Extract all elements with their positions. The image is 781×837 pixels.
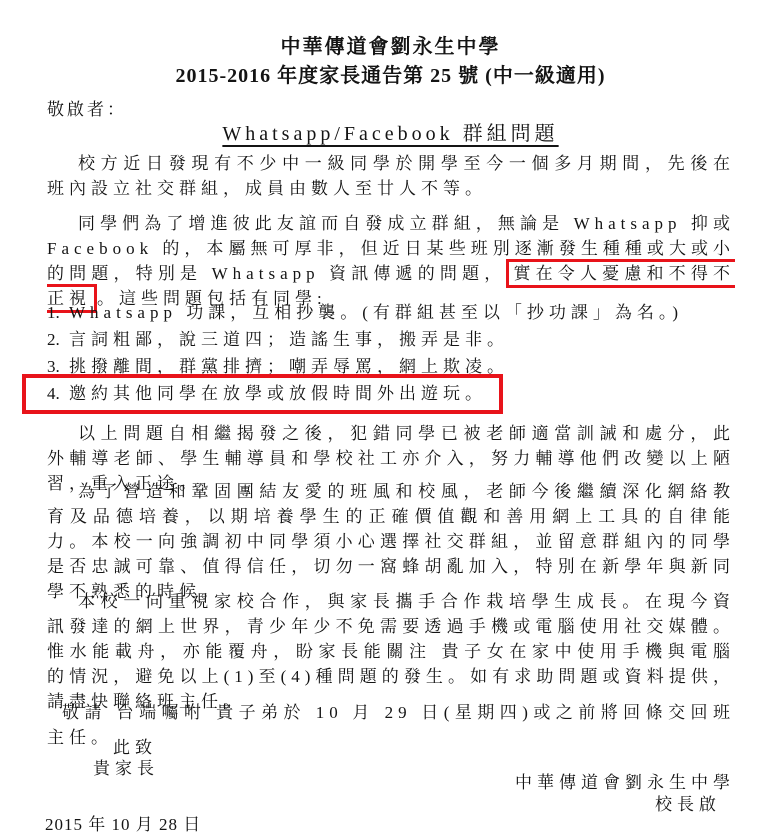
paragraph-4: 為了營造和鞏固團結友愛的班風和校風，老師今後繼續深化網絡教育及品德培養，以期培養… (47, 479, 735, 604)
list-item-number: 1. (47, 300, 69, 325)
list-item-text: Whatsapp 功課，互相抄襲。(有群組甚至以「抄功課」為名。) (69, 300, 683, 325)
list-item: 2. 言詞粗鄙，說三道四；造謠生事，搬弄是非。 (47, 327, 735, 352)
signature-role: 校長啟 (655, 790, 735, 815)
notice-subtitle: 2015-2016 年度家長通告第 25 號 (中一級適用) (0, 59, 781, 88)
notice-heading: Whatsapp/Facebook 群組問題 (0, 117, 781, 146)
list-item-number: 2. (47, 327, 69, 352)
list-item-text: 邀約其他同學在放學或放假時間外出遊玩。 (69, 381, 487, 406)
paragraph-2: 同學們為了增進彼此友誼而自發成立群組，無論是 Whatsapp 抑或 Faceb… (47, 211, 735, 311)
closing-recipient: 貴家長 (93, 754, 159, 779)
paragraph-1: 校方近日發現有不少中一級同學於開學至今一個多月期間，先後在班內設立社交群組，成員… (47, 151, 735, 201)
notice-document: { "accent_color": "#e8131a", "document":… (0, 0, 781, 837)
notice-heading-text: Whatsapp/Facebook 群組問題 (222, 123, 558, 145)
list-item-text: 言詞粗鄙，說三道四；造謠生事，搬弄是非。 (69, 327, 509, 352)
notice-date: 2015 年 10 月 28 日 (45, 810, 201, 835)
list-item-number: 4. (47, 381, 69, 406)
school-name-title: 中華傳道會劉永生中學 (0, 30, 781, 59)
paragraph-5: 本校一向重視家校合作，與家長攜手合作栽培學生成長。在現今資訊發達的網上世界，青少… (47, 589, 735, 714)
list-item: 1. Whatsapp 功課，互相抄襲。(有群組甚至以「抄功課」為名。) (47, 300, 735, 325)
highlighted-list-item: 4. 邀約其他同學在放學或放假時間外出遊玩。 (22, 374, 503, 414)
